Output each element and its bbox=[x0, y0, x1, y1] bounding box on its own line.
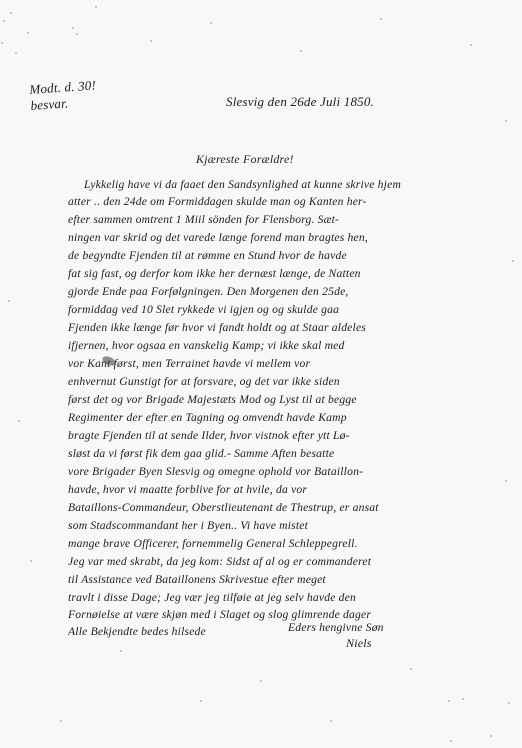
body-line: ifjernen, hvor ogsaa en vanskelig Kamp; … bbox=[68, 337, 498, 354]
body-line: de begyndte Fjenden til at rømme en Stun… bbox=[68, 247, 498, 264]
body-line: ningen var skrid og det varede længe for… bbox=[68, 229, 498, 246]
body-line: enhvernut Gunstigt for at forsvare, og d… bbox=[68, 373, 498, 390]
margin-note: Modt. d. 30! besvar. bbox=[29, 77, 98, 114]
closing: Eders hengivne Søn bbox=[288, 621, 384, 634]
body-line: fat sig fast, og derfor kom ikke her der… bbox=[68, 265, 498, 282]
body-line: Bataillons-Commandeur, Oberstlieutenant … bbox=[68, 499, 498, 516]
body-line: Lykkelig have vi da faaet den Sandsynlig… bbox=[84, 176, 498, 193]
body-line: Fjenden ikke længe før hvor vi fandt hol… bbox=[68, 319, 498, 336]
body-line: vor Kant først, men Terrainet havde vi m… bbox=[68, 355, 498, 372]
body-line: Alle Bekjendte bedes hilsede bbox=[68, 623, 218, 640]
body-line: travlt i disse Dage; Jeg vær jeg tilføie… bbox=[68, 589, 498, 606]
dateline: Slesvig den 26de Juli 1850. bbox=[226, 94, 374, 110]
body-line: bragte Fjenden til at sende Ilder, hvor … bbox=[68, 427, 498, 444]
body-line: formiddag ved 10 Slet rykkede vi igjen o… bbox=[68, 301, 498, 318]
body-line: mange brave Officerer, fornemmelig Gener… bbox=[68, 535, 498, 552]
body-line: som Stadscommandant her i Byen.. Vi have… bbox=[68, 517, 498, 534]
margin-note-line2: besvar. bbox=[30, 93, 98, 114]
body-line: sløst da vi først fik dem gaa glid.- Sam… bbox=[68, 445, 498, 462]
body-line: havde, hvor vi maatte forblive for at hv… bbox=[68, 481, 498, 498]
signature: Niels bbox=[346, 636, 372, 651]
body-line: Jeg var med skrabt, da jeg kom: Sidst af… bbox=[68, 553, 498, 570]
body-line: Fornøielse at være skjøn med i Slaget og… bbox=[68, 606, 498, 623]
body-line: først det og vor Brigade Majestæts Mod o… bbox=[68, 391, 498, 408]
letter-page: Modt. d. 30! besvar. Slesvig den 26de Ju… bbox=[0, 0, 522, 748]
body-line: gjorde Ende paa Forfølgningen. Den Morge… bbox=[68, 283, 498, 300]
body-line: atter .. den 24de om Formiddagen skulde … bbox=[68, 193, 498, 210]
body-line: til Assistance ved Bataillonens Skrivest… bbox=[68, 571, 498, 588]
salutation: Kjæreste Forældre! bbox=[196, 152, 294, 167]
body-line: vore Brigader Byen Slesvig og omegne oph… bbox=[68, 463, 498, 480]
body-line: Regimenter der efter en Tagning og omven… bbox=[68, 409, 498, 426]
body-line: efter sammen omtrent 1 Miil sönden for F… bbox=[68, 211, 498, 228]
